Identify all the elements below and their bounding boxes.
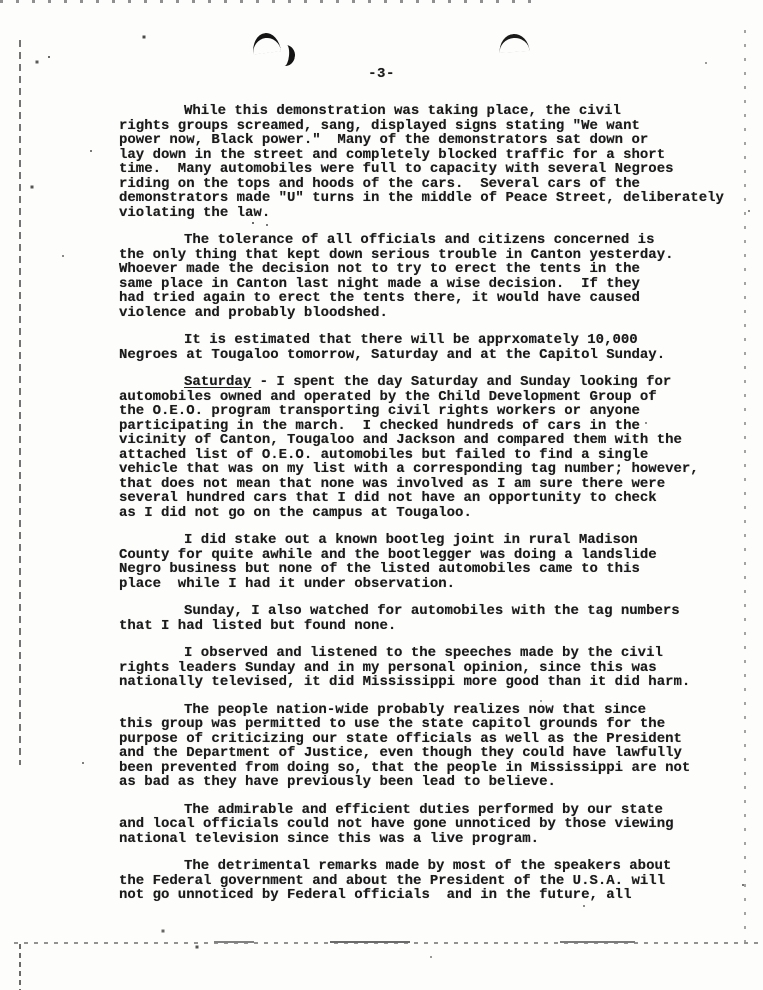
paragraph-nationwide-opinion: The people nation-wide probably realizes… [119, 703, 763, 790]
paragraph-tolerance: The tolerance of all officials and citiz… [119, 233, 763, 320]
paragraph-estimate: It is estimated that there will be apprx… [119, 333, 763, 362]
paragraph-bootleg-stakeout: I did stake out a known bootleg joint in… [119, 533, 763, 591]
paragraph-text: The detrimental remarks made by most of … [119, 858, 671, 903]
scan-edge-bottom-dash-segment [330, 941, 410, 943]
paragraph-text: I observed and listened to the speeches … [119, 645, 690, 690]
paragraph-text: - I spent the day Saturday and Sunday lo… [119, 374, 699, 521]
scan-edge-top-dotted-line [0, 0, 532, 3]
paragraph-demonstration: While this demonstration was taking plac… [119, 104, 763, 220]
binder-mark-right-arc-icon [498, 33, 529, 53]
paragraph-text: While this demonstration was taking plac… [119, 103, 724, 221]
page-number: -3- [0, 66, 763, 82]
scanned-document-page: -3- While this demonstration was taking … [0, 0, 763, 990]
paragraph-sunday-watch: Sunday, I also watched for automobiles w… [119, 604, 763, 633]
paragraph-text: I did stake out a known bootleg joint in… [119, 532, 657, 592]
paragraph-admirable-duties: The admirable and efficient duties perfo… [119, 803, 763, 847]
binder-mark-left-hook-icon [275, 44, 296, 67]
paragraph-text: The admirable and efficient duties perfo… [119, 802, 674, 847]
paragraph-detrimental-remarks: The detrimental remarks made by most of … [119, 859, 763, 903]
paragraph-text: The people nation-wide probably realizes… [119, 702, 690, 791]
paragraph-speeches: I observed and listened to the speeches … [119, 646, 763, 690]
scan-noise-specks [0, 0, 2, 2]
paragraph-text: Sunday, I also watched for automobiles w… [119, 603, 680, 634]
document-body: While this demonstration was taking plac… [119, 104, 763, 903]
paragraph-text: It is estimated that there will be apprx… [119, 332, 665, 363]
scan-edge-bottom-dash-segment [560, 941, 635, 943]
scan-edge-bottom-dash-segment [214, 941, 254, 943]
scan-edge-left-dotted-line [19, 40, 21, 765]
scan-edge-left-dotted-line-bottom [19, 944, 21, 990]
paragraph-saturday: Saturday - I spent the day Saturday and … [119, 375, 763, 520]
paragraph-text: The tolerance of all officials and citiz… [119, 232, 674, 321]
